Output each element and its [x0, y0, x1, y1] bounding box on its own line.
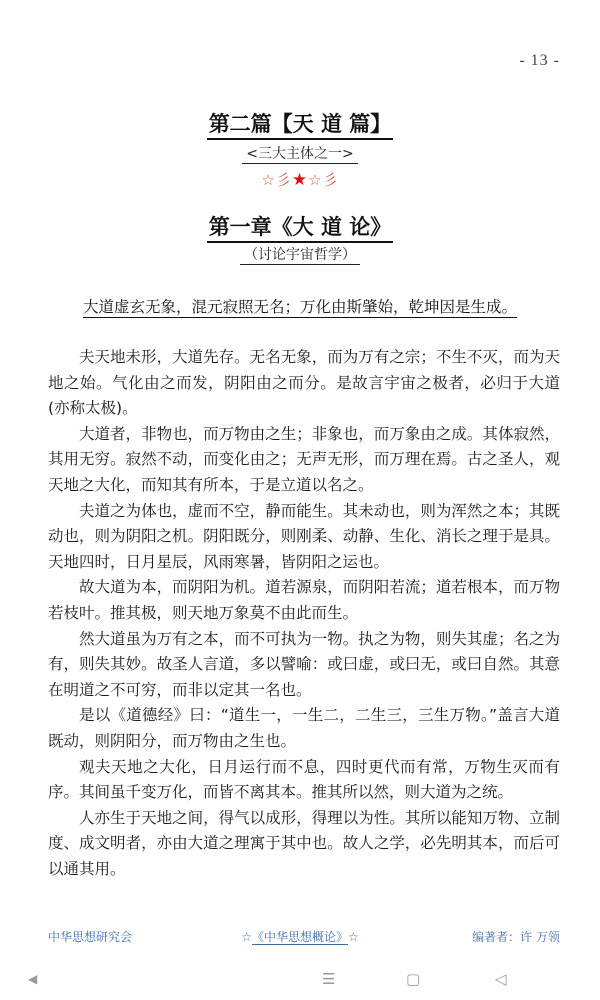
previous-page-icon[interactable]: ◀: [28, 970, 37, 988]
paragraph: 是以《道德经》曰：“道生一，一生二，二生三，三生万物。”盖言大道既动，则阴阳分，…: [48, 703, 560, 754]
paragraph: 夫天地未形，大道先存。无名无象，而为万有之宗；不生不灭，而为天地之始。气化由之而…: [48, 345, 560, 422]
paragraph: 故大道为本，而阴阳为机。道若源泉，而阴阳若流；道若根本，而万物若枝叶。推其极，则…: [48, 575, 560, 626]
solid-star-icon: ★: [292, 170, 308, 190]
paragraph: 夫道之为体也，虚而不空，静而能生。其未动也，则为浑然之本；其既动也，则为阴阳之机…: [48, 499, 560, 576]
home-icon[interactable]: ▢: [406, 970, 420, 988]
part-title-text: 第二篇【天 道 篇】: [207, 111, 394, 140]
hair-stroke-icon: 彡: [323, 171, 339, 189]
page-number: - 13 -: [519, 52, 560, 70]
paragraph: 观夫天地之大化，日月运行而不息，四时更代而有常，万物生灭而有序。其间虽千变万化，…: [48, 755, 560, 806]
motto: 大道虚玄无象，混元寂照无名；万化由斯肇始，乾坤因是生成。: [0, 295, 600, 317]
part-subtitle-text: <三大主体之一>: [242, 145, 357, 164]
chapter-subtitle-text: （讨论宇宙哲学）: [240, 246, 360, 265]
paragraph: 人亦生于天地之间，得气以成形，得理以为性。其所以能知万物、立制度、成文明者，亦由…: [48, 806, 560, 883]
ornament-row: ☆彡★☆彡: [0, 169, 600, 190]
menu-icon[interactable]: ☰: [322, 970, 335, 988]
part-title: 第二篇【天 道 篇】: [0, 111, 600, 140]
chapter-title-text: 第一章《大 道 论》: [207, 214, 394, 243]
outline-star-icon: ☆: [308, 171, 322, 189]
paragraph: 大道者，非物也，而万物由之生；非象也，而万象由之成。其体寂然，其用无穷。寂然不动…: [48, 422, 560, 499]
page-footer: 中华思想研究会 ☆《中华思想概论》☆ 编著者：许 万领: [0, 928, 600, 948]
paragraph: 然大道虽为万有之本，而不可执为一物。执之为物，则失其虚；名之为有，则失其妙。故圣…: [48, 627, 560, 704]
motto-text: 大道虚玄无象，混元寂照无名；万化由斯肇始，乾坤因是生成。: [83, 298, 517, 318]
footer-author: 编著者：许 万领: [472, 928, 560, 945]
system-navigation-bar: ◀ ☰ ▢ ◁: [0, 965, 600, 995]
hair-stroke-icon: 彡: [276, 171, 292, 189]
book-title-link[interactable]: 《中华思想概论》: [252, 930, 348, 945]
star-icon: ☆: [348, 930, 359, 944]
chapter-subtitle: （讨论宇宙哲学）: [0, 246, 600, 265]
outline-star-icon: ☆: [261, 171, 275, 189]
part-subtitle: <三大主体之一>: [0, 145, 600, 164]
star-icon: ☆: [241, 930, 252, 944]
body-text: 夫天地未形，大道先存。无名无象，而为万有之宗；不生不灭，而为天地之始。气化由之而…: [48, 345, 560, 882]
chapter-title: 第一章《大 道 论》: [0, 214, 600, 243]
back-icon[interactable]: ◁: [495, 970, 507, 988]
